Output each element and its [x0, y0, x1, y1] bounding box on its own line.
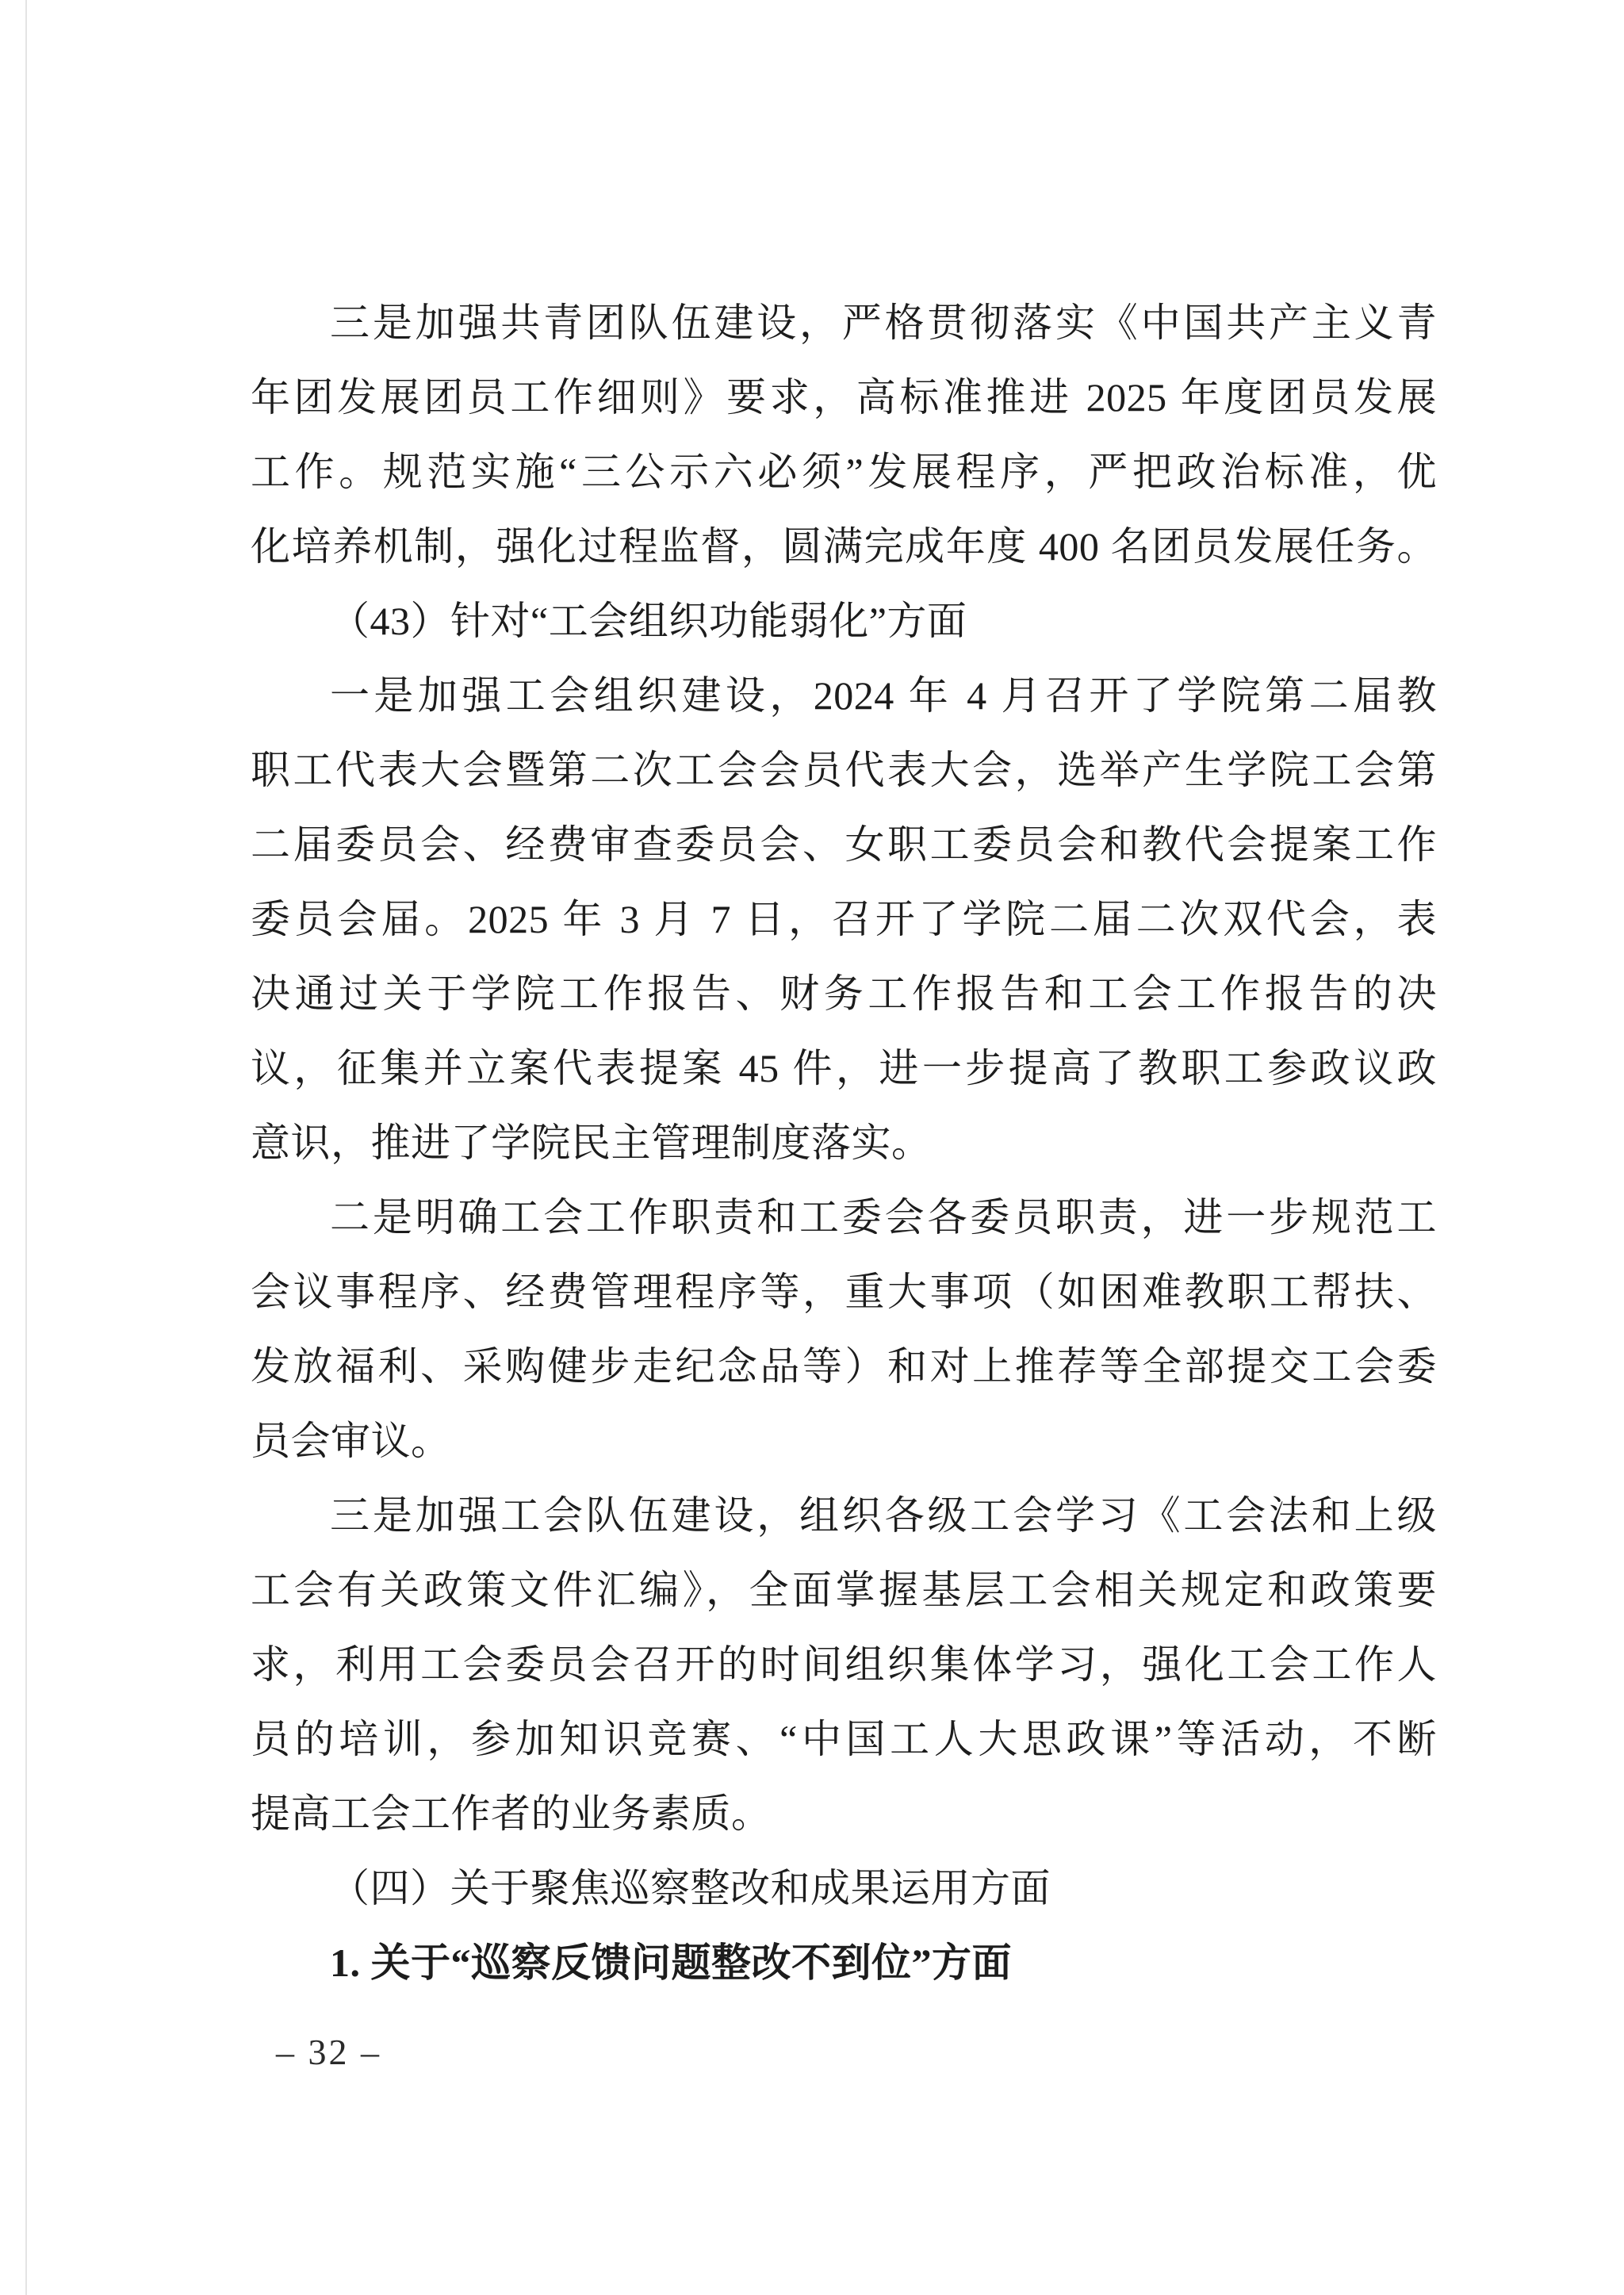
text-line: 决通过关于学院工作报告、财务工作报告和工会工作报告的决 [251, 956, 1437, 1031]
text-line: 一是加强工会组织建设，2024 年 4 月召开了学院第二届教 [251, 658, 1437, 733]
text-line: 年团发展团员工作细则》要求，高标准推进 2025 年度团员发展 [251, 360, 1437, 435]
text-line: 会议事程序、经费管理程序等，重大事项（如困难教职工帮扶、 [251, 1255, 1437, 1329]
text-line: 三是加强共青团队伍建设，严格贯彻落实《中国共产主义青 [251, 285, 1437, 360]
document-text: 三是加强共青团队伍建设，严格贯彻落实《中国共产主义青 年团发展团员工作细则》要求… [251, 285, 1437, 2000]
text-line: 职工代表大会暨第二次工会会员代表大会，选举产生学院工会第 [251, 733, 1437, 807]
scan-edge-line [25, 0, 27, 2295]
text-line: 求，利用工会委员会召开的时间组织集体学习，强化工会工作人 [251, 1627, 1437, 1702]
text-line: 提高工会工作者的业务素质。 [251, 1776, 1437, 1851]
text-line: 二届委员会、经费审查委员会、女职工委员会和教代会提案工作 [251, 807, 1437, 882]
page-number: – 32 – [276, 2027, 381, 2078]
text-line: 员会审议。 [251, 1404, 1437, 1478]
scanned-document-page: 三是加强共青团队伍建设，严格贯彻落实《中国共产主义青 年团发展团员工作细则》要求… [0, 0, 1624, 2295]
text-line: 二是明确工会工作职责和工委会各委员职责，进一步规范工 [251, 1180, 1437, 1255]
text-line: 化培养机制，强化过程监督，圆满完成年度 400 名团员发展任务。 [251, 509, 1437, 584]
text-line: 意识，推进了学院民主管理制度落实。 [251, 1105, 1437, 1180]
text-line: 员的培训，参加知识竞赛、“中国工人大思政课”等活动，不断 [251, 1702, 1437, 1776]
subsection-heading-43: （43）针对“工会组织功能弱化”方面 [251, 584, 1437, 658]
text-line: 委员会届。2025 年 3 月 7 日，召开了学院二届二次双代会，表 [251, 882, 1437, 956]
text-line: 发放福利、采购健步走纪念品等）和对上推荐等全部提交工会委 [251, 1329, 1437, 1404]
text-line: 议，征集并立案代表提案 45 件，进一步提高了教职工参政议政 [251, 1031, 1437, 1105]
subsection-heading-1: 1. 关于“巡察反馈问题整改不到位”方面 [251, 1925, 1437, 2000]
text-line: 工作。规范实施“三公示六必须”发展程序，严把政治标准，优 [251, 435, 1437, 509]
section-heading-4: （四）关于聚焦巡察整改和成果运用方面 [251, 1851, 1437, 1925]
text-line: 工会有关政策文件汇编》，全面掌握基层工会相关规定和政策要 [251, 1553, 1437, 1627]
text-line: 三是加强工会队伍建设，组织各级工会学习《工会法和上级 [251, 1478, 1437, 1553]
